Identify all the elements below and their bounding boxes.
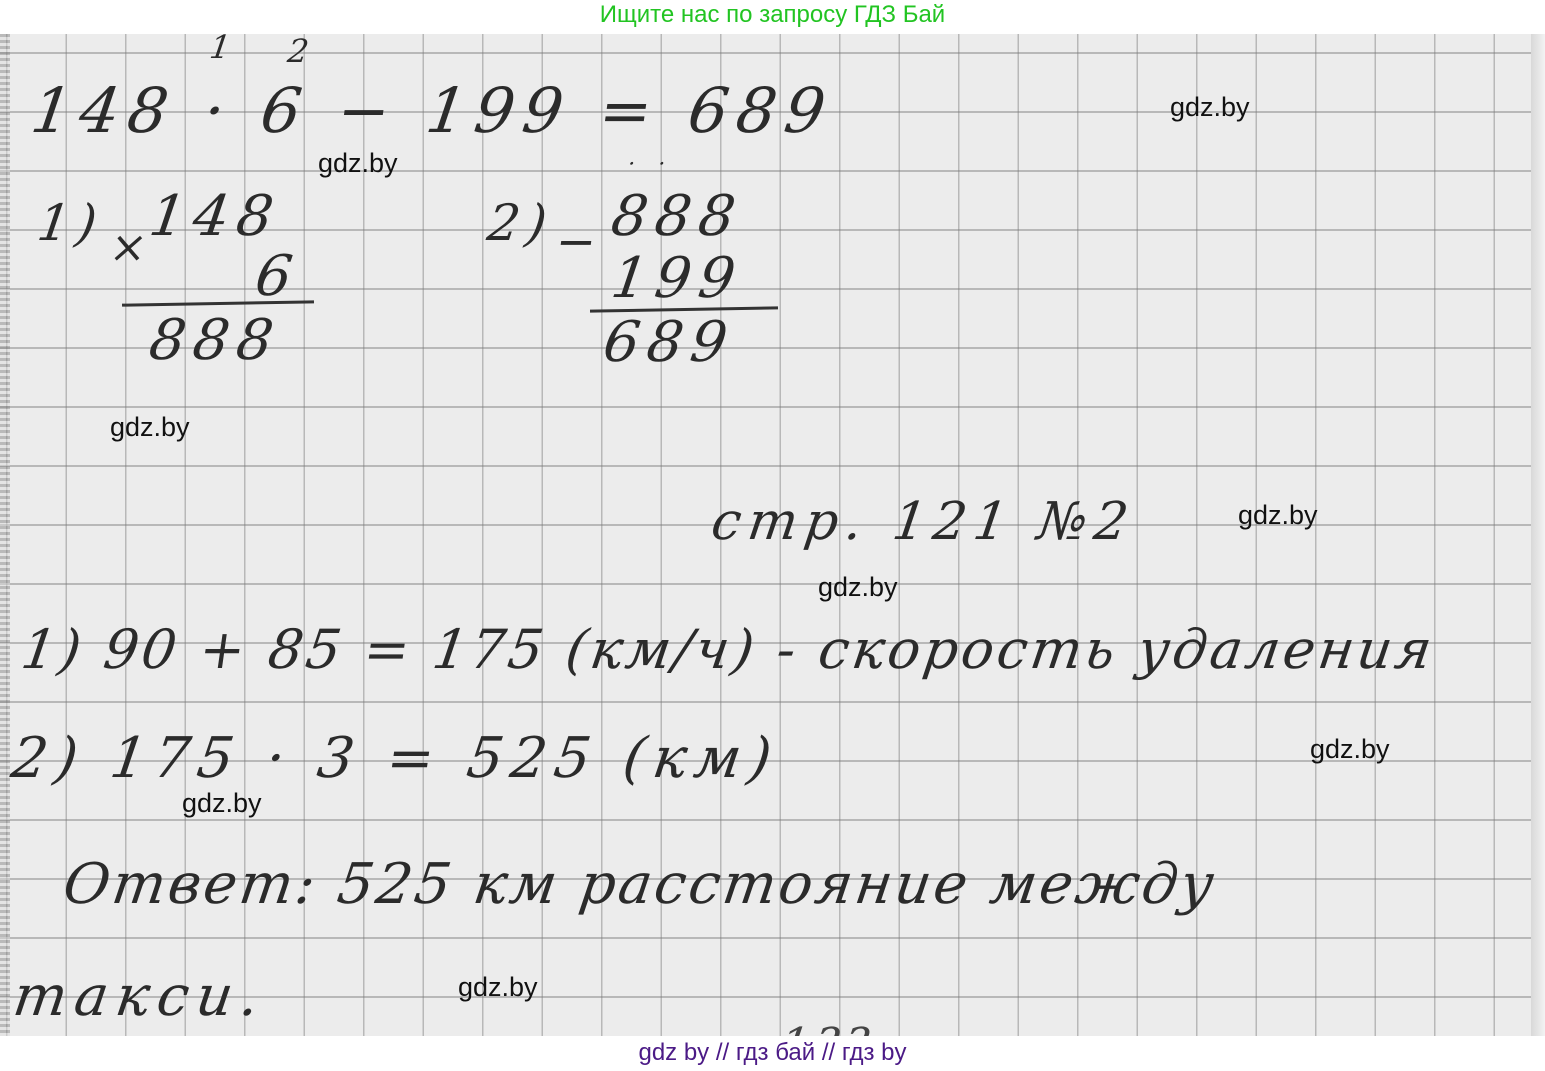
expression-line: 148 · 6 − 199 = 689: [27, 74, 839, 147]
solution-step-1: 1) 90 + 85 = 175 (км/ч) - скорость удале…: [18, 618, 1439, 681]
watermark: gdz.by: [1170, 92, 1250, 123]
step2-subtrahend: 199: [607, 246, 747, 311]
step1-label: 1): [34, 194, 107, 252]
cut-off-text: ... 1?? ...: [696, 1019, 958, 1036]
answer-line-2: такси.: [9, 964, 270, 1029]
step1-multiplier: 6: [251, 244, 304, 309]
carry-mark-2: 2: [285, 34, 315, 70]
step2-borrow-marks: · ·: [626, 152, 670, 177]
watermark: gdz.by: [182, 788, 262, 819]
watermark: gdz.by: [1310, 734, 1390, 765]
watermark: gdz.by: [110, 412, 190, 443]
notebook-page: 1 2 148 · 6 − 199 = 689 gdz.by gdz.by 1)…: [0, 34, 1545, 1036]
step1-multiplicand: 148: [145, 184, 285, 249]
bottom-banner: gdz by // гдз бай // гдз by: [0, 1036, 1545, 1071]
watermark: gdz.by: [1238, 500, 1318, 531]
solution-step-2: 2) 175 · 3 = 525 (км): [7, 726, 783, 791]
carry-mark-1: 1: [207, 34, 237, 66]
watermark: gdz.by: [458, 972, 538, 1003]
watermark: gdz.by: [818, 572, 898, 603]
task-heading: стр. 121 №2: [708, 492, 1139, 552]
top-banner: Ищите нас по запросу ГДЗ Бай: [0, 0, 1545, 34]
watermark: gdz.by: [318, 148, 398, 179]
step2-result: 689: [599, 310, 739, 375]
step1-result: 888: [145, 308, 285, 373]
step2-minuend: 888: [607, 184, 747, 249]
step2-label: 2): [484, 194, 557, 252]
answer-line-1: Ответ: 525 км расстояние между: [59, 852, 1220, 917]
step2-operator: −: [552, 214, 607, 270]
